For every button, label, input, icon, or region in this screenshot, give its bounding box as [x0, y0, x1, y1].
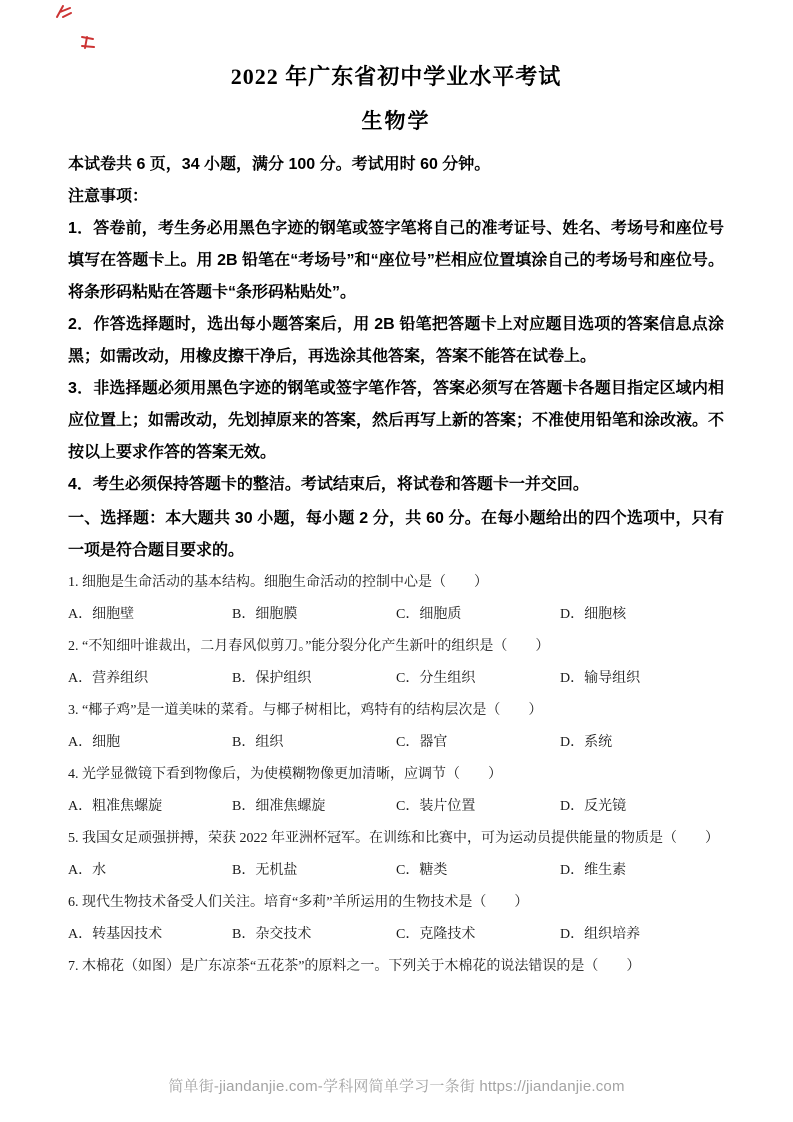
- option-d: D．反光镜: [560, 791, 724, 823]
- option-b: B．细准焦螺旋: [232, 791, 396, 823]
- option-a: A．水: [68, 855, 232, 887]
- question-stem: 6. 现代生物技术备受人们关注。培育“多莉”羊所运用的生物技术是（ ）: [68, 887, 724, 919]
- question-stem: 7. 木棉花（如图）是广东凉茶“五花茶”的原料之一。下列关于木棉花的说法错误的是…: [68, 951, 724, 983]
- option-d: D．系统: [560, 727, 724, 759]
- question-stem: 1. 细胞是生命活动的基本结构。细胞生命活动的控制中心是（ ）: [68, 567, 724, 599]
- question-2: 2. “不知细叶谁裁出，二月春风似剪刀。”能分裂分化产生新叶的组织是（ ） A．…: [68, 631, 724, 695]
- question-4: 4. 光学显微镜下看到物像后，为使模糊物像更加清晰，应调节（ ） A．粗准焦螺旋…: [68, 759, 724, 823]
- option-d: D．输导组织: [560, 663, 724, 695]
- options-row: A．转基因技术 B．杂交技术 C．克隆技术 D．组织培养: [68, 919, 724, 951]
- option-c: C．克隆技术: [396, 919, 560, 951]
- question-stem: 4. 光学显微镜下看到物像后，为使模糊物像更加清晰，应调节（ ）: [68, 759, 724, 791]
- question-1: 1. 细胞是生命活动的基本结构。细胞生命活动的控制中心是（ ） A．细胞壁 B．…: [68, 567, 724, 631]
- question-3: 3. “椰子鸡”是一道美味的菜肴。与椰子树相比，鸡特有的结构层次是（ ） A．细…: [68, 695, 724, 759]
- option-b: B．细胞膜: [232, 599, 396, 631]
- section-heading: 一、选择题：本大题共 30 小题，每小题 2 分，共 60 分。在每小题给出的四…: [68, 503, 724, 567]
- page-subtitle: 生物学: [68, 107, 724, 135]
- option-d: D．组织培养: [560, 919, 724, 951]
- question-stem: 3. “椰子鸡”是一道美味的菜肴。与椰子树相比，鸡特有的结构层次是（ ）: [68, 695, 724, 727]
- option-b: B．保护组织: [232, 663, 396, 695]
- option-c: C．装片位置: [396, 791, 560, 823]
- page-title: 2022 年广东省初中学业水平考试: [68, 62, 724, 92]
- red-annotation-mark: [78, 34, 98, 51]
- notice-item-4: 4．考生必须保持答题卡的整洁。考试结束后，将试卷和答题卡一并交回。: [68, 469, 724, 501]
- red-annotation-mark: [54, 4, 74, 20]
- option-c: C．分生组织: [396, 663, 560, 695]
- option-d: D．细胞核: [560, 599, 724, 631]
- exam-info-line: 本试卷共 6 页，34 小题，满分 100 分。考试用时 60 分钟。: [68, 149, 724, 181]
- question-5: 5. 我国女足顽强拼搏，荣获 2022 年亚洲杯冠军。在训练和比赛中，可为运动员…: [68, 823, 724, 887]
- option-d: D．维生素: [560, 855, 724, 887]
- option-b: B．组织: [232, 727, 396, 759]
- options-row: A．营养组织 B．保护组织 C．分生组织 D．输导组织: [68, 663, 724, 695]
- options-row: A．粗准焦螺旋 B．细准焦螺旋 C．装片位置 D．反光镜: [68, 791, 724, 823]
- exam-paper-page: 2022 年广东省初中学业水平考试 生物学 本试卷共 6 页，34 小题，满分 …: [0, 0, 793, 1122]
- options-row: A．水 B．无机盐 C．糖类 D．维生素: [68, 855, 724, 887]
- notice-heading: 注意事项：: [68, 181, 724, 213]
- watermark-footer: 简单街-jiandanjie.com-学科网简单学习一条街 https://ji…: [0, 1075, 793, 1096]
- notice-item-2: 2．作答选择题时，选出每小题答案后，用 2B 铅笔把答题卡上对应题目选项的答案信…: [68, 309, 724, 373]
- question-7: 7. 木棉花（如图）是广东凉茶“五花茶”的原料之一。下列关于木棉花的说法错误的是…: [68, 951, 724, 983]
- option-a: A．细胞壁: [68, 599, 232, 631]
- options-row: A．细胞壁 B．细胞膜 C．细胞质 D．细胞核: [68, 599, 724, 631]
- option-b: B．杂交技术: [232, 919, 396, 951]
- notice-item-3: 3．非选择题必须用黑色字迹的钢笔或签字笔作答，答案必须写在答题卡各题目指定区域内…: [68, 373, 724, 469]
- option-b: B．无机盐: [232, 855, 396, 887]
- option-a: A．营养组织: [68, 663, 232, 695]
- option-a: A．细胞: [68, 727, 232, 759]
- question-stem: 2. “不知细叶谁裁出，二月春风似剪刀。”能分裂分化产生新叶的组织是（ ）: [68, 631, 724, 663]
- notice-item-1: 1．答卷前，考生务必用黑色字迹的钢笔或签字笔将自己的准考证号、姓名、考场号和座位…: [68, 213, 724, 309]
- option-a: A．转基因技术: [68, 919, 232, 951]
- option-c: C．糖类: [396, 855, 560, 887]
- question-6: 6. 现代生物技术备受人们关注。培育“多莉”羊所运用的生物技术是（ ） A．转基…: [68, 887, 724, 951]
- question-stem: 5. 我国女足顽强拼搏，荣获 2022 年亚洲杯冠军。在训练和比赛中，可为运动员…: [68, 823, 724, 855]
- option-a: A．粗准焦螺旋: [68, 791, 232, 823]
- options-row: A．细胞 B．组织 C．器官 D．系统: [68, 727, 724, 759]
- document-body: 2022 年广东省初中学业水平考试 生物学 本试卷共 6 页，34 小题，满分 …: [68, 62, 724, 983]
- option-c: C．器官: [396, 727, 560, 759]
- option-c: C．细胞质: [396, 599, 560, 631]
